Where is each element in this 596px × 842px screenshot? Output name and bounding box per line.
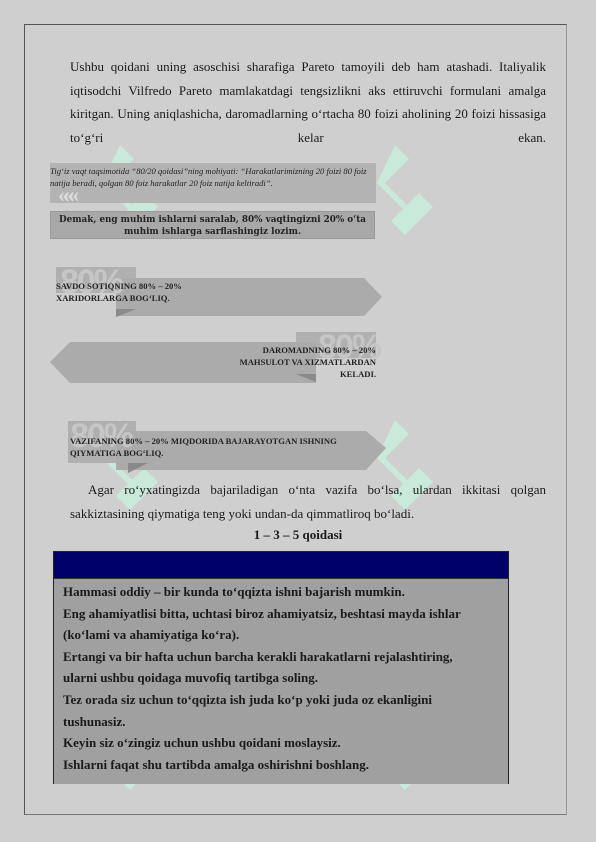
arrow-text-line: MAHSULOT VA XIZMATLARDAN [240,356,376,368]
arrow-text: DAROMADNING 80% – 20% MAHSULOT VA XIZMAT… [240,344,376,380]
conclusion-banner: Demak, eng muhim ishlarni saralab, 80% v… [50,211,375,239]
arrow-callout-revenue: 80% DAROMADNING 80% – 20% MAHSULOT VA XI… [50,332,378,384]
chevrons-icon: ««« [58,189,73,201]
arrow-text-line: SAVDO SOTIQNING 80% – 20% [56,280,182,292]
rule-line: Tez orada siz uchun to‘qqizta ish juda k… [63,689,508,711]
rule-line: Keyin siz o‘zingiz uchun ushbu qoidani m… [63,732,508,754]
rule-box: Hammasi oddiy – bir kunda to‘qqizta ishn… [53,551,509,784]
arrow-text: VAZIFANING 80% – 20% MIQDORIDA BAJARAYOT… [70,435,337,459]
quote-text: Tig‘iz vaqt taqsimotida “80/20 qoidasi”n… [50,166,367,188]
rule-line: ularni ushbu qoidaga muvofiq tartibga so… [63,667,508,689]
arrow-text-line: VAZIFANING 80% – 20% MIQDORIDA BAJARAYOT… [70,435,337,447]
rule-line: Ertangi va bir hafta uchun barcha kerakl… [63,646,508,668]
arrow-text-line: XARIDORLARGA BOG‘LIQ. [56,292,182,304]
arrow-text-line: DAROMADNING 80% – 20% [240,344,376,356]
rule-box-header [54,552,508,579]
rule-line: (ko‘lami va ahamiyatiga ko‘ra). [63,624,508,646]
rule-line: Hammasi oddiy – bir kunda to‘qqizta ishn… [63,581,508,603]
arrow-text-line: QIYMATIGA BOG‘LIQ. [70,447,337,459]
rule-title: 1 – 3 – 5 qoidasi [0,527,596,543]
rule-line: tushunasiz. [63,711,508,733]
arrow-text-line: KELADI. [240,368,376,380]
quote-banner: Tig‘iz vaqt taqsimotida “80/20 qoidasi”n… [50,163,376,203]
intro-paragraph: Ushbu qoidani uning asoschisi sharafiga … [70,55,546,173]
rule-box-body: Hammasi oddiy – bir kunda to‘qqizta ishn… [54,579,508,775]
arrow-callout-sales: 80% SAVDO SOTIQNING 80% – 20% XARIDORLAR… [56,267,384,319]
rule-line: Eng ahamiyatlisi bitta, uchtasi biroz ah… [63,603,508,625]
arrow-callout-task: 80% VAZIFANING 80% – 20% MIQDORIDA BAJAR… [56,421,386,473]
rule-line: Ishlarni faqat shu tartibda amalga oshir… [63,754,508,776]
arrow-text: SAVDO SOTIQNING 80% – 20% XARIDORLARGA B… [56,280,182,304]
second-paragraph: Agar ro‘yxatingizda bajariladigan o‘nta … [70,478,546,525]
